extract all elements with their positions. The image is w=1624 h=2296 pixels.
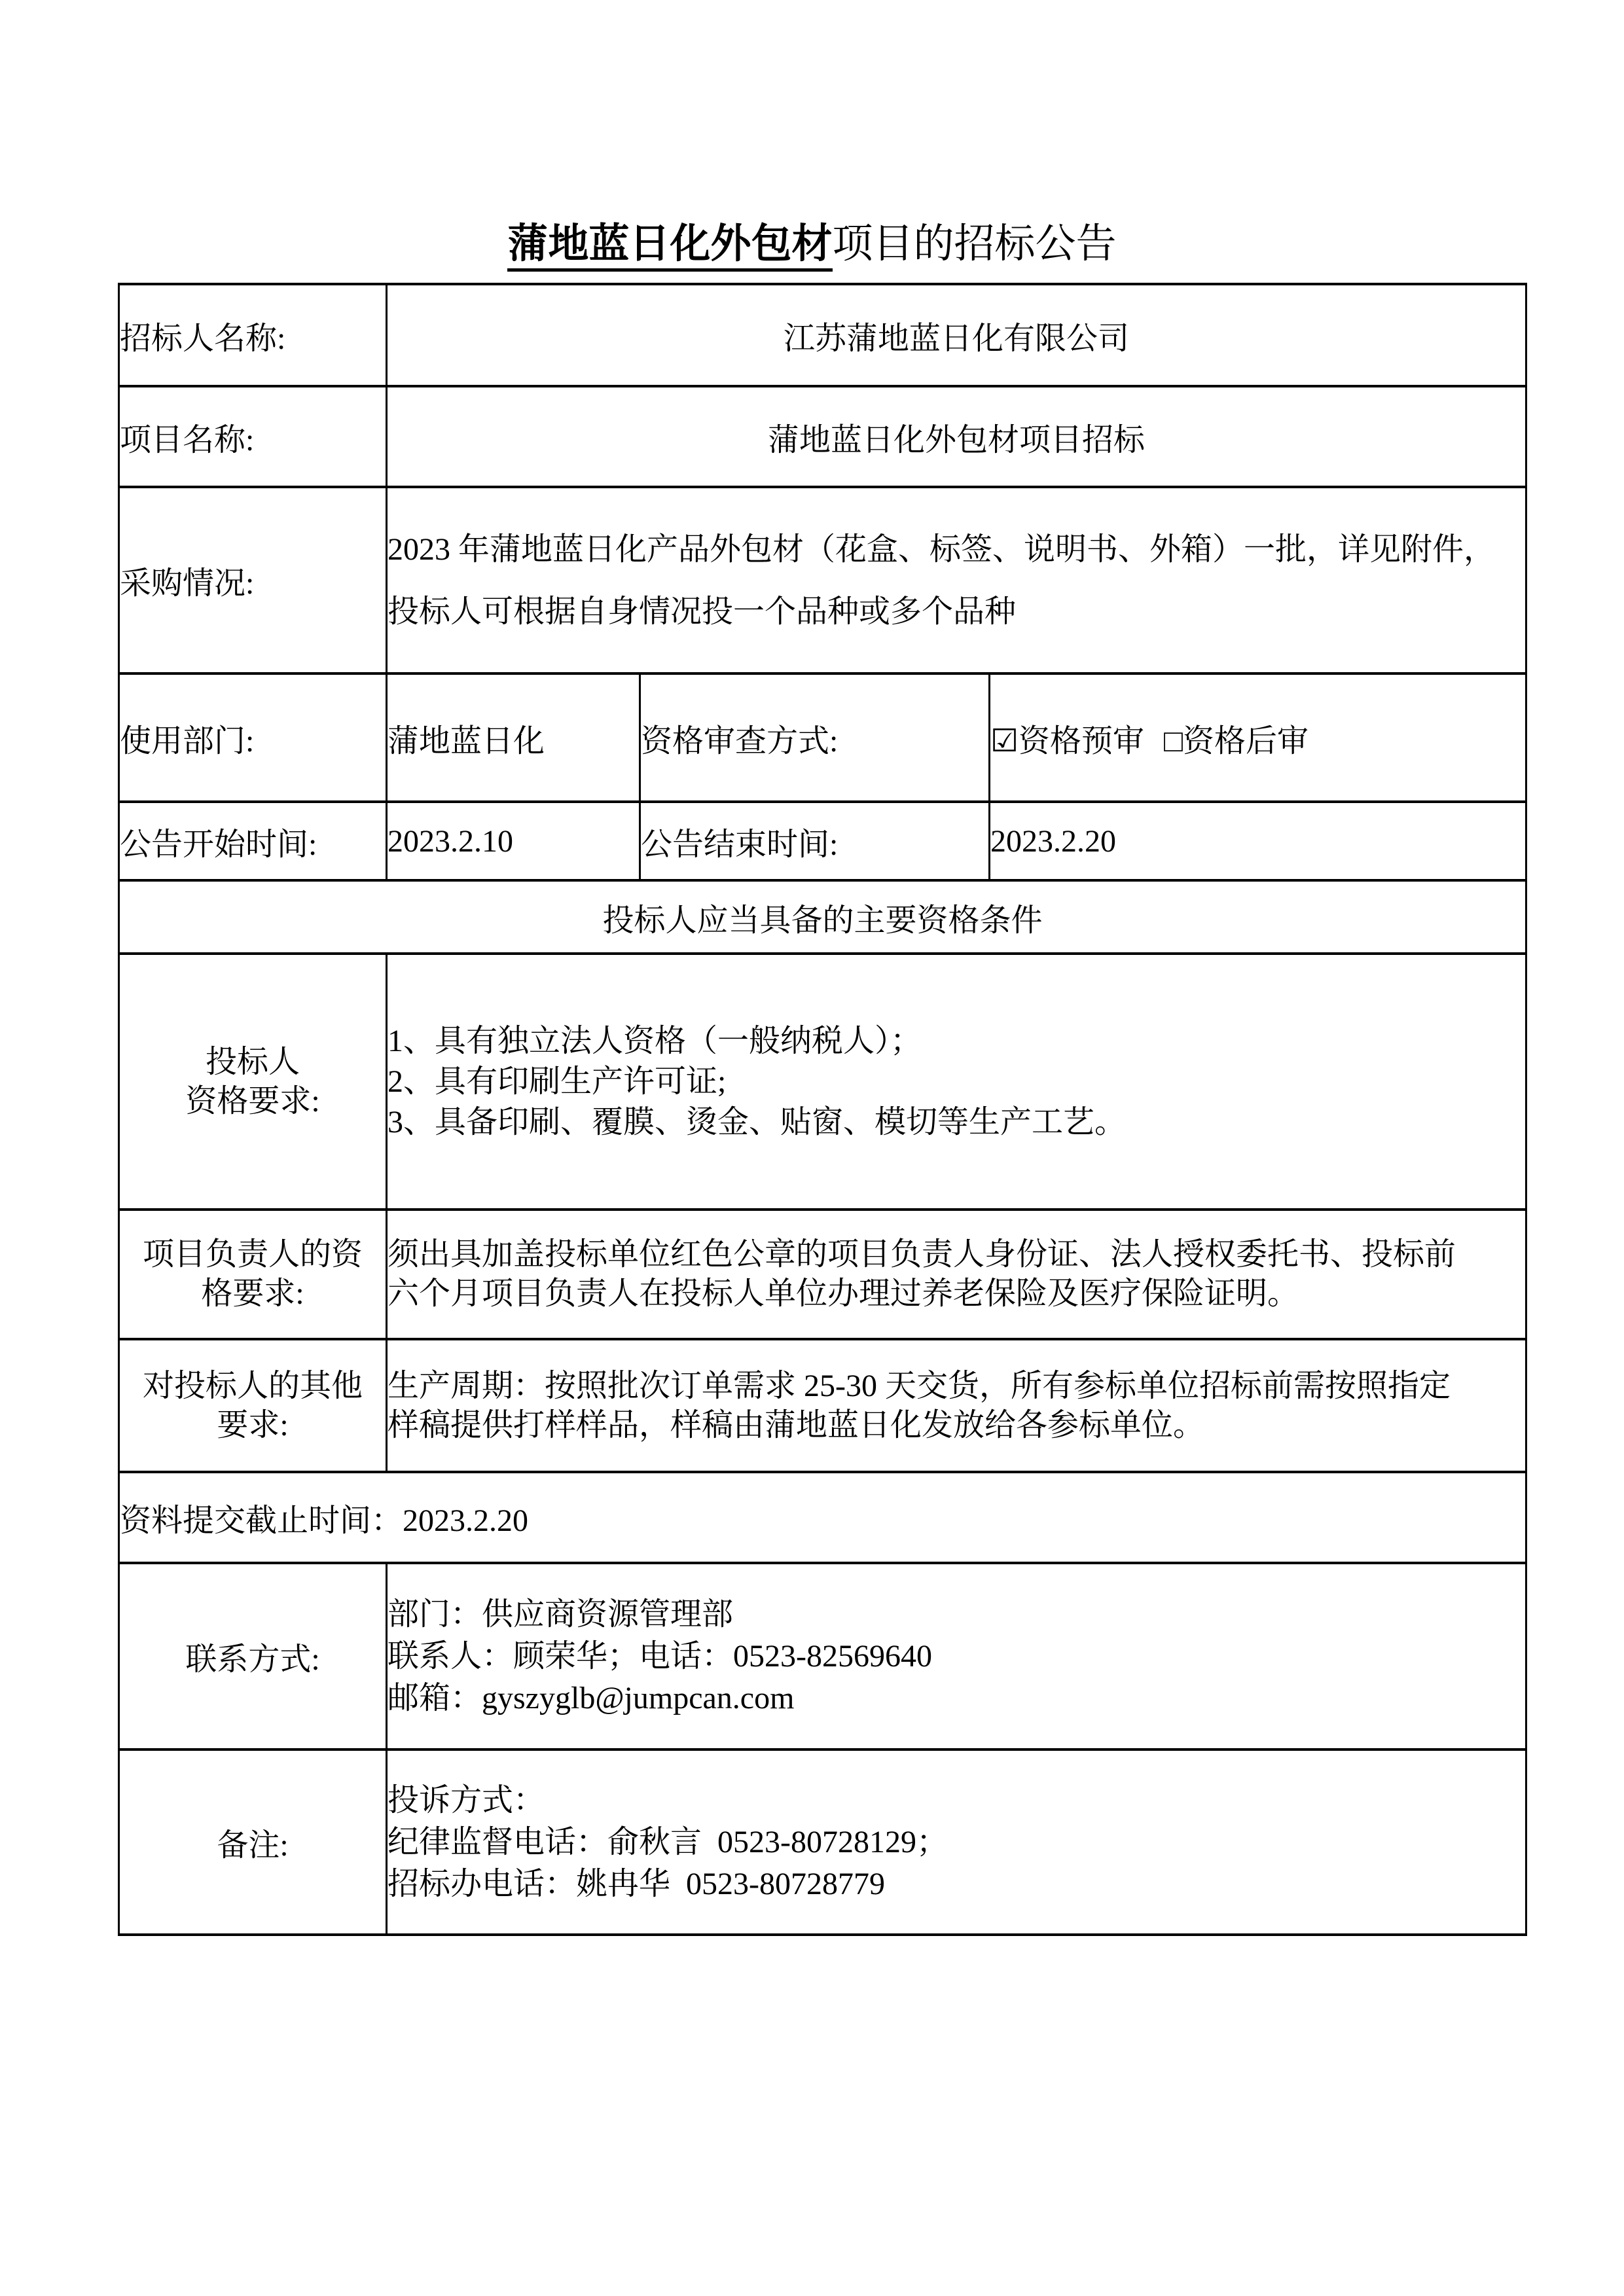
row-conditions-header: 投标人应当具备的主要资格条件 [119, 880, 1526, 954]
document-page: 蒲地蓝日化外包材项目的招标公告 招标人名称: 江苏蒲地蓝日化有限公司 项目名称:… [0, 0, 1624, 2296]
row-department-review: 使用部门: 蒲地蓝日化 资格审查方式: ☑资格预审□资格后审 [119, 673, 1526, 802]
row-remarks: 备注: 投诉方式： 纪律监督电话：俞秋言 0523-80728129； 招标办电… [119, 1749, 1526, 1935]
project-label: 项目名称: [119, 386, 387, 487]
conditions-header: 投标人应当具备的主要资格条件 [119, 880, 1526, 954]
remarks-label: 备注: [119, 1749, 387, 1935]
announce-end-label: 公告结束时间: [640, 802, 990, 880]
text-line: 投标人 [120, 1043, 386, 1082]
list-item: 2、具有印刷生产许可证; [388, 1062, 1525, 1102]
text-line: 资格要求: [120, 1082, 386, 1121]
text-line: 样稿提供打样样品，样稿由蒲地蓝日化发放给各参标单位。 [388, 1406, 1525, 1445]
contact-label: 联系方式: [119, 1563, 387, 1749]
page-title-bold-part: 蒲地蓝日化外包材 [507, 222, 832, 272]
text-line: 2023 年蒲地蓝日化产品外包材（花盒、标签、说明书、外箱）一批，详见附件， [388, 518, 1525, 581]
project-value: 蒲地蓝日化外包材项目招标 [387, 386, 1526, 487]
contact-value: 部门：供应商资源管理部 联系人：顾荣华；电话：0523-82569640 邮箱：… [387, 1563, 1526, 1749]
announce-start-value: 2023.2.10 [387, 802, 640, 880]
discipline-phone-line: 纪律监督电话：俞秋言 0523-80728129； [388, 1821, 1525, 1863]
row-contact: 联系方式: 部门：供应商资源管理部 联系人：顾荣华；电话：0523-825696… [119, 1563, 1526, 1749]
contact-email-line: 邮箱：gyszyglb@jumpcan.com [388, 1677, 1525, 1719]
manager-qualification-label: 项目负责人的资 格要求: [119, 1210, 387, 1339]
contact-person-phone-line: 联系人：顾荣华；电话：0523-82569640 [388, 1636, 1525, 1677]
tenderer-value: 江苏蒲地蓝日化有限公司 [387, 284, 1526, 386]
text-line: 投标人可根据自身情况投一个品种或多个品种 [388, 581, 1525, 643]
list-item: 1、具有独立法人资格（一般纳税人）； [388, 1021, 1525, 1062]
tender-notice-table: 招标人名称: 江苏蒲地蓝日化有限公司 项目名称: 蒲地蓝日化外包材项目招标 采购… [118, 283, 1527, 1936]
row-deadline: 资料提交截止时间：2023.2.20 [119, 1472, 1526, 1563]
text-line: 六个月项目负责人在投标人单位办理过养老保险及医疗保险证明。 [388, 1274, 1525, 1314]
postqualification-label: 资格后审 [1183, 724, 1308, 759]
deadline-value: 2023.2.20 [403, 1503, 528, 1538]
purchase-value: 2023 年蒲地蓝日化产品外包材（花盒、标签、说明书、外箱）一批，详见附件， 投… [387, 487, 1526, 673]
text-line: 生产周期：按照批次订单需求 25-30 天交货，所有参标单位招标前需按照指定 [388, 1367, 1525, 1406]
announce-end-value: 2023.2.20 [990, 802, 1526, 880]
deadline-row: 资料提交截止时间：2023.2.20 [119, 1472, 1526, 1563]
text-line: 要求: [120, 1406, 386, 1445]
row-other-requirements: 对投标人的其他 要求: 生产周期：按照批次订单需求 25-30 天交货，所有参标… [119, 1339, 1526, 1472]
checkbox-checked-icon: ☑ [990, 723, 1019, 759]
list-item: 3、具备印刷、覆膜、烫金、贴窗、模切等生产工艺。 [388, 1102, 1525, 1143]
page-title: 蒲地蓝日化外包材项目的招标公告 [0, 221, 1624, 268]
qualification-review-label: 资格审查方式: [640, 673, 990, 802]
row-purchase: 采购情况: 2023 年蒲地蓝日化产品外包材（花盒、标签、说明书、外箱）一批，详… [119, 487, 1526, 673]
page-title-rest-part: 项目的招标公告 [833, 222, 1117, 266]
announce-start-label: 公告开始时间: [119, 802, 387, 880]
bidder-qualification-label: 投标人 资格要求: [119, 954, 387, 1210]
remarks-value: 投诉方式： 纪律监督电话：俞秋言 0523-80728129； 招标办电话：姚冉… [387, 1749, 1526, 1935]
text-line: 项目负责人的资 [120, 1235, 386, 1274]
tender-office-phone-line: 招标办电话：姚冉华 0523-80728779 [388, 1863, 1525, 1905]
text-line: 格要求: [120, 1274, 386, 1314]
department-label: 使用部门: [119, 673, 387, 802]
manager-qualification-value: 须出具加盖投标单位红色公章的项目负责人身份证、法人授权委托书、投标前 六个月项目… [387, 1210, 1526, 1339]
tenderer-label: 招标人名称: [119, 284, 387, 386]
deadline-label: 资料提交截止时间： [120, 1503, 403, 1538]
checkbox-unchecked-icon: □ [1164, 723, 1183, 759]
text-line: 对投标人的其他 [120, 1367, 386, 1406]
department-value: 蒲地蓝日化 [387, 673, 640, 802]
other-requirements-value: 生产周期：按照批次订单需求 25-30 天交货，所有参标单位招标前需按照指定 样… [387, 1339, 1526, 1472]
qualification-review-value: ☑资格预审□资格后审 [990, 673, 1526, 802]
row-manager-qualification: 项目负责人的资 格要求: 须出具加盖投标单位红色公章的项目负责人身份证、法人授权… [119, 1210, 1526, 1339]
bidder-qualification-items: 1、具有独立法人资格（一般纳税人）； 2、具有印刷生产许可证; 3、具备印刷、覆… [387, 954, 1526, 1210]
row-tenderer: 招标人名称: 江苏蒲地蓝日化有限公司 [119, 284, 1526, 386]
text-line: 须出具加盖投标单位红色公章的项目负责人身份证、法人授权委托书、投标前 [388, 1235, 1525, 1274]
complaint-method-line: 投诉方式： [388, 1780, 1525, 1821]
row-project: 项目名称: 蒲地蓝日化外包材项目招标 [119, 386, 1526, 487]
row-announce-dates: 公告开始时间: 2023.2.10 公告结束时间: 2023.2.20 [119, 802, 1526, 880]
purchase-label: 采购情况: [119, 487, 387, 673]
row-bidder-qualification: 投标人 资格要求: 1、具有独立法人资格（一般纳税人）； 2、具有印刷生产许可证… [119, 954, 1526, 1210]
contact-department-line: 部门：供应商资源管理部 [388, 1594, 1525, 1636]
other-requirements-label: 对投标人的其他 要求: [119, 1339, 387, 1472]
prequalification-label: 资格预审 [1019, 724, 1144, 759]
